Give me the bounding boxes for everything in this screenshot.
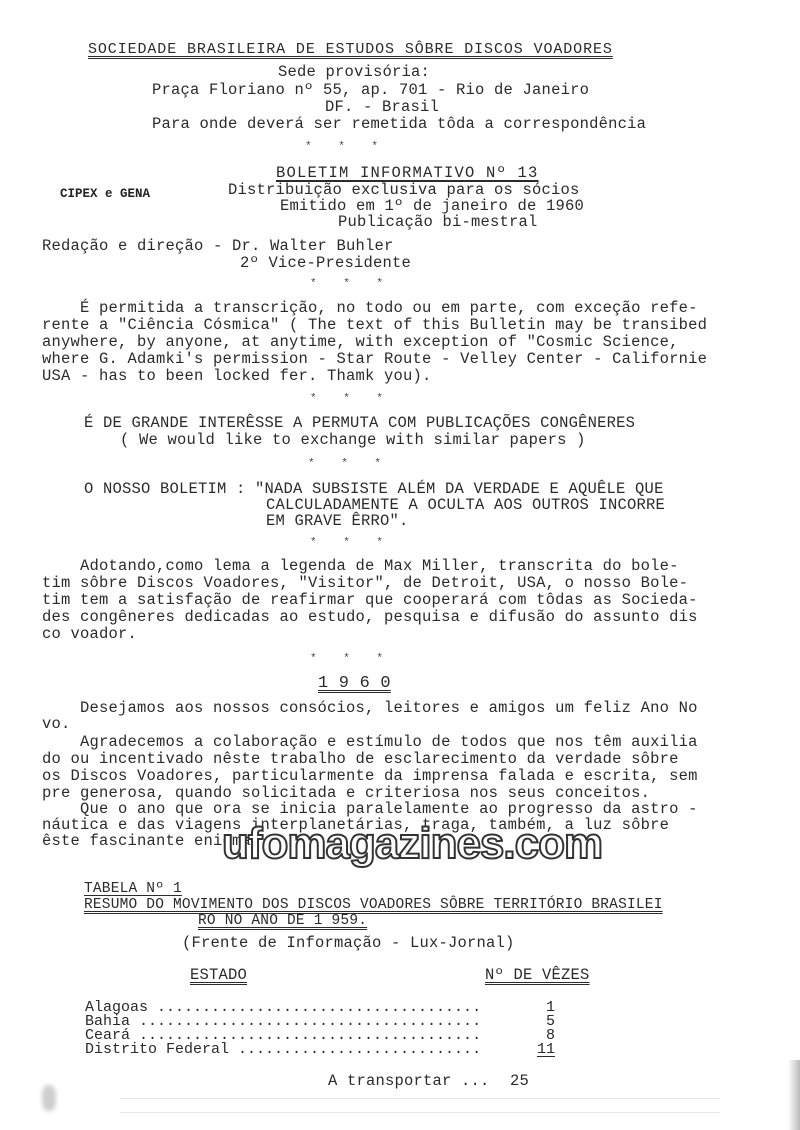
column-header-count: Nº DE VÊZES <box>485 967 590 983</box>
paragraph-line: Que o ano que ora se inicia paralelament… <box>42 801 698 817</box>
bleed-through <box>120 1098 720 1099</box>
paragraph-line: pre generosa, quando solicitada e criter… <box>42 785 650 801</box>
paragraph-line: tim tem a satisfação de reafirmar que co… <box>42 592 698 608</box>
paragraph-line: co voador. <box>42 626 137 642</box>
state-count: 11 <box>515 1042 555 1058</box>
separator: * * * <box>310 278 393 290</box>
paragraph-line: tim sôbre Discos Voadores, "Visitor", de… <box>42 575 688 591</box>
separator: * * * <box>310 653 393 665</box>
paragraph-line: vo. <box>42 716 71 732</box>
separator: * * * <box>310 537 393 549</box>
editor-role: 2º Vice-Presidente <box>240 255 411 271</box>
document-page: SOCIEDADE BRASILEIRA DE ESTUDOS SÔBRE DI… <box>0 0 800 1130</box>
bulletin-line: Publicação bi-mestral <box>338 214 538 230</box>
table-title: RESUMO DO MOVIMENTO DOS DISCOS VOADORES … <box>84 897 663 913</box>
paragraph-line: do ou incentivado nêste trabalho de escl… <box>42 751 679 767</box>
table-label: TABELA Nº 1 <box>84 881 182 897</box>
motto-line: CALCULADAMENTE A OCULTA AOS OUTROS INCOR… <box>266 497 665 513</box>
editor-line: Redação e direção - Dr. Walter Buhler <box>42 238 394 254</box>
watermark: ufomagazines.com <box>222 822 602 866</box>
address-line: Praça Floriano nº 55, ap. 701 - Rio de J… <box>152 82 589 98</box>
paragraph-line: rente a "Ciência Cósmica" ( The text of … <box>42 317 707 333</box>
exchange-line-english: ( We would like to exchange with similar… <box>120 432 586 448</box>
paragraph-line: USA - has to been locked fer. Thamk you)… <box>42 368 432 384</box>
carry-value: 25 <box>510 1073 529 1089</box>
motto-label: O NOSSO BOLETIM : <box>84 481 246 497</box>
paragraph-line: Desejamos aos nossos consócios, leitores… <box>42 700 698 716</box>
table-row: Distrito Federal .......................… <box>85 1042 555 1058</box>
bulletin-title: BOLETIM INFORMATIVO Nº 13 <box>276 165 539 181</box>
side-label: CIPEX e GENA <box>60 187 150 201</box>
page-edge-shadow <box>788 1060 800 1130</box>
bulletin-line: Distribuição exclusiva para os sócios <box>228 182 580 198</box>
motto-line: EM GRAVE ÊRRO". <box>266 513 409 529</box>
paragraph-line: É permitida a transcrição, no todo ou em… <box>42 300 698 316</box>
paragraph-line: os Discos Voadores, particularmente da i… <box>42 768 698 784</box>
table-source: (Frente de Informação - Lux-Jornal) <box>182 935 515 951</box>
year-heading: 1 9 6 0 <box>318 676 391 692</box>
paragraph-line: des congêneres dedicadas ao estudo, pesq… <box>42 609 698 625</box>
paragraph-line: where G. Adamki's permission - Star Rout… <box>42 351 707 367</box>
paragraph-line: Adotando,como lema a legenda de Max Mill… <box>42 558 679 574</box>
separator: * * * <box>308 458 391 470</box>
bulletin-line: Emitido em 1º de janeiro de 1960 <box>280 198 584 214</box>
motto-line: "NADA SUBSISTE ALÉM DA VERDADE E AQUÊLE … <box>255 481 664 497</box>
paragraph-line: anywhere, by anyone, at anytime, with ex… <box>42 334 679 350</box>
separator: * * * <box>310 393 393 405</box>
paragraph-line: Agradecemos a colaboração e estímulo de … <box>42 734 698 750</box>
scan-smudge <box>42 1085 56 1111</box>
table-title: RO NO ANO DE 1 959. <box>198 913 367 929</box>
exchange-line: É DE GRANDE INTERÊSSE A PERMUTA COM PUBL… <box>84 415 635 431</box>
column-header-state: ESTADO <box>190 967 247 983</box>
state-name: Distrito Federal .......................… <box>85 1042 481 1058</box>
address-line: Para onde deverá ser remetida tôda a cor… <box>152 116 646 132</box>
bleed-through <box>120 1112 720 1113</box>
carry-label: A transportar ... <box>328 1073 490 1089</box>
address-line: DF. - Brasil <box>325 99 439 115</box>
society-title: SOCIEDADE BRASILEIRA DE ESTUDOS SÔBRE DI… <box>88 42 613 58</box>
separator: * * * <box>305 141 388 153</box>
address-line: Sede provisória: <box>278 64 430 80</box>
